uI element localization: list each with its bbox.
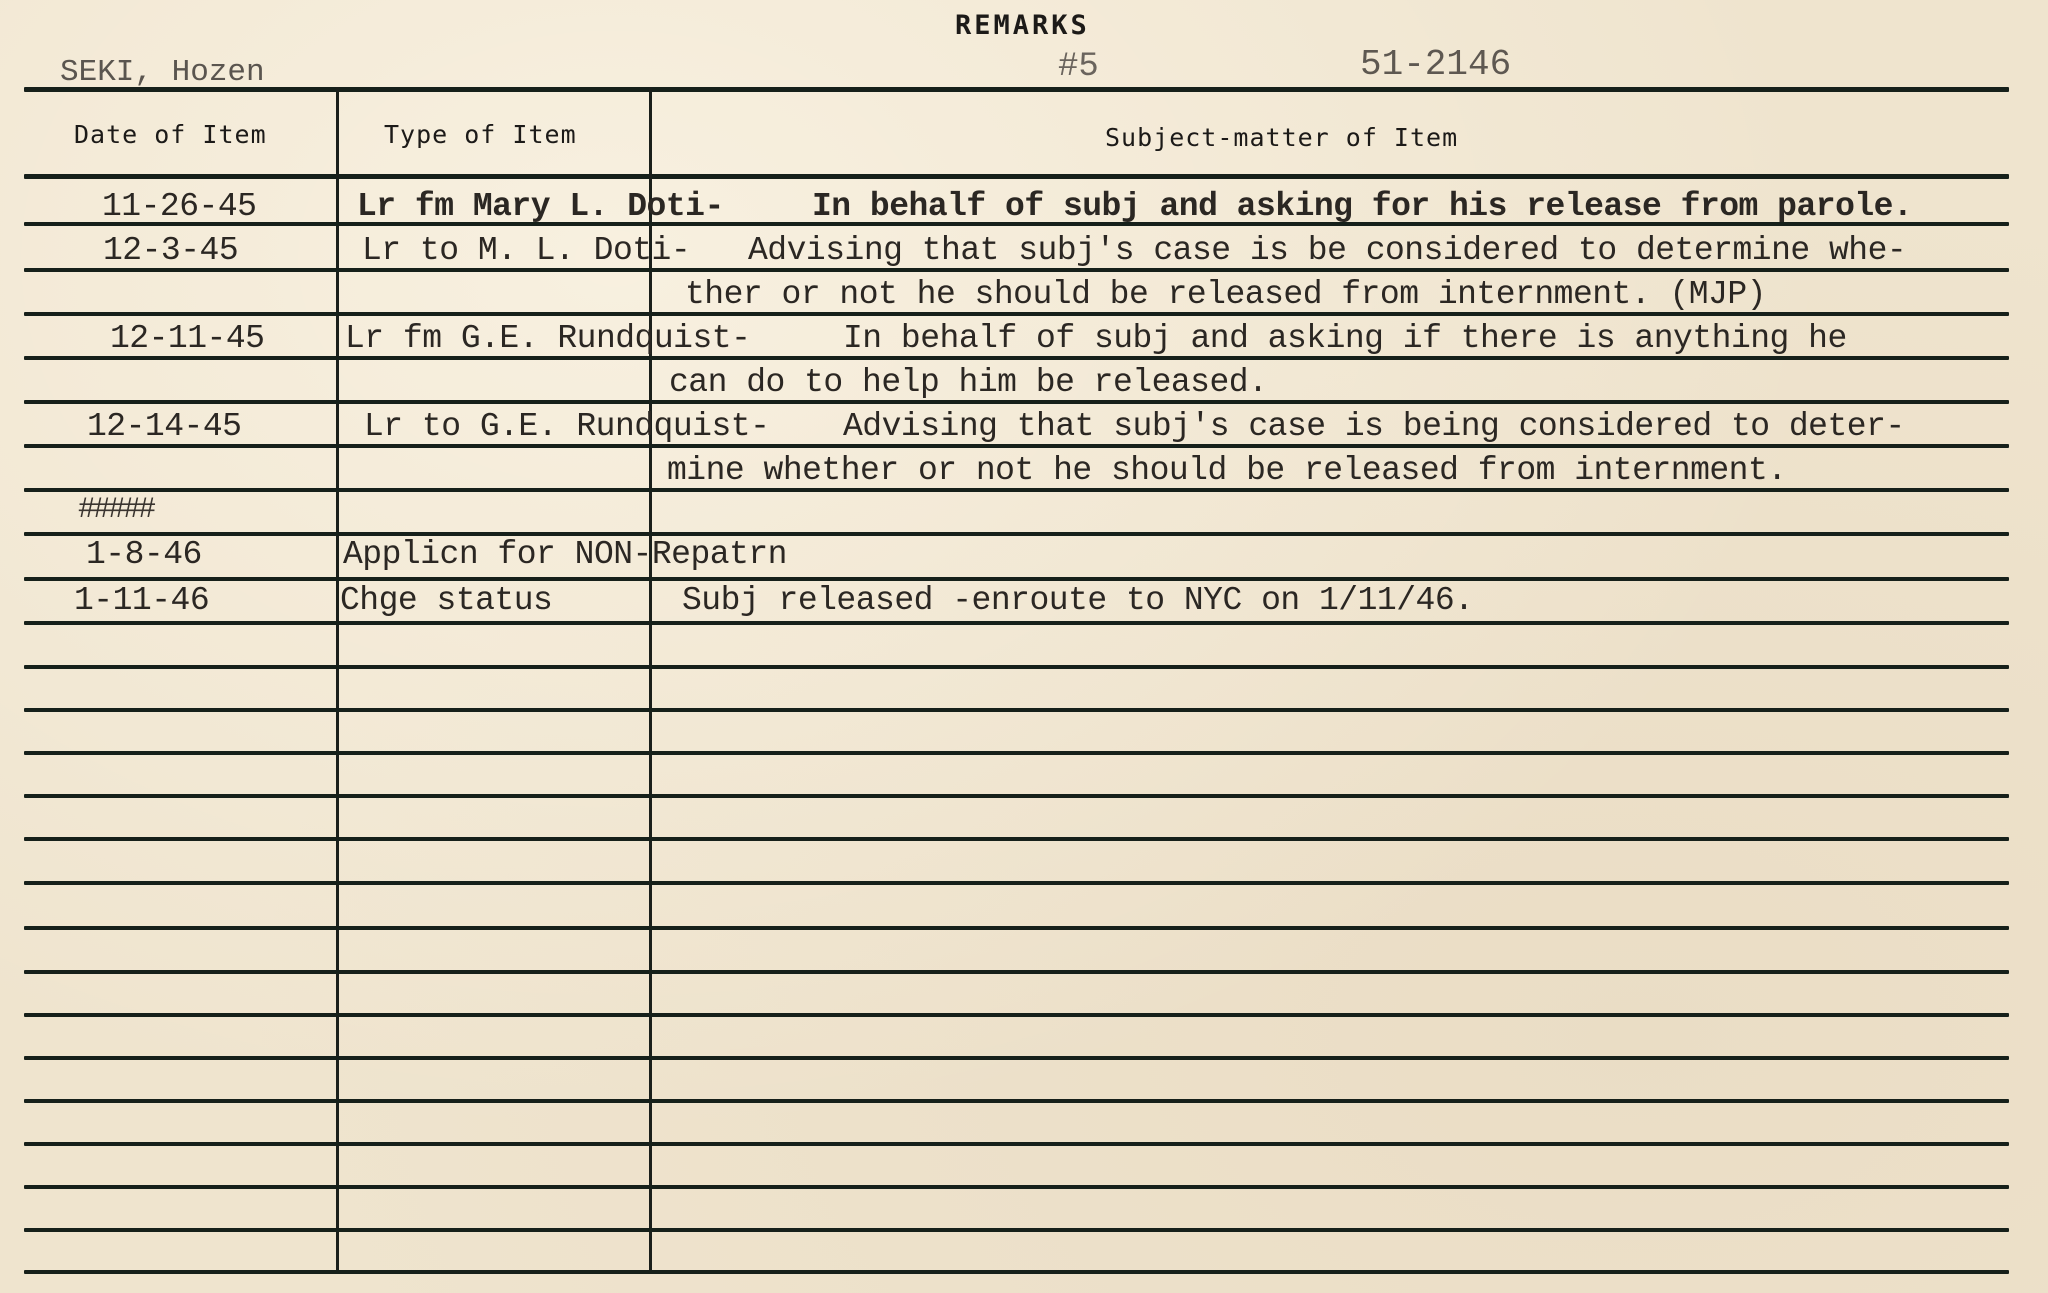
row-rule: [24, 532, 2009, 536]
card-number: #5: [1058, 48, 1099, 86]
entry-subject-line: Advising that subj's case is be consider…: [748, 232, 1906, 269]
row-rule: [24, 794, 2009, 798]
row-rule: [24, 1056, 2009, 1060]
column-header-subject: Subject-matter of Item: [1105, 123, 1458, 152]
row-rule: [24, 881, 2009, 885]
entry-subject-line: In behalf of subj and asking if there is…: [843, 320, 1847, 357]
entry-type: Applicn for NON-Repatrn: [343, 536, 787, 573]
entry-date: 1-11-46: [74, 582, 209, 619]
row-rule: [24, 665, 2009, 669]
entry-date: 12-14-45: [87, 408, 241, 445]
column-header-date: Date of Item: [74, 120, 267, 149]
row-rule: [24, 1013, 2009, 1017]
subject-name: SEKI, Hozen: [60, 55, 265, 90]
file-number: 51-2146: [1360, 44, 1511, 85]
row-rule: [24, 970, 2009, 974]
entry-type: Lr to G.E. Rundquist-: [364, 408, 769, 445]
header-bottom-rule: [24, 174, 2009, 179]
column-header-type: Type of Item: [384, 120, 577, 149]
entry-subject-line: In behalf of subj and asking for his rel…: [812, 188, 1912, 225]
row-rule: [24, 837, 2009, 841]
entry-subject-line: Subj released -enroute to NYC on 1/11/46…: [682, 582, 1473, 619]
index-card: REMARKS SEKI, Hozen #5 51-2146 Date of I…: [0, 0, 2048, 1293]
entry-subject-line: mine whether or not he should be release…: [667, 452, 1787, 489]
entry-subject-line: can do to help him be released.: [669, 364, 1267, 401]
entry-date: 12-11-45: [110, 320, 264, 357]
entry-subject-line: ther or not he should be released from i…: [685, 276, 1766, 313]
entry-date: 11-26-45: [102, 188, 256, 225]
row-rule: [24, 708, 2009, 712]
entry-date: 12-3-45: [103, 232, 238, 269]
card-title: REMARKS: [955, 10, 1090, 41]
header-top-rule: [24, 87, 2009, 92]
row-rule: [24, 621, 2009, 625]
struck-out-date: #####: [78, 493, 153, 527]
row-rule: [24, 926, 2009, 930]
entry-type: Lr to M. L. Doti-: [362, 232, 690, 269]
entry-type: Lr fm Mary L. Doti-: [357, 188, 724, 225]
entry-type: Lr fm G.E. Rundquist-: [345, 320, 750, 357]
row-rule: [24, 1228, 2009, 1232]
row-rule: [24, 1142, 2009, 1146]
entry-type: Chge status: [340, 582, 552, 619]
row-rule: [24, 1185, 2009, 1189]
entry-subject-line: Advising that subj's case is being consi…: [843, 408, 1905, 445]
entry-date: 1-8-46: [86, 536, 202, 573]
row-rule: [24, 577, 2009, 581]
column-divider-date-type: [336, 87, 339, 1273]
row-rule: [24, 1270, 2009, 1274]
row-rule: [24, 1099, 2009, 1103]
row-rule: [24, 751, 2009, 755]
